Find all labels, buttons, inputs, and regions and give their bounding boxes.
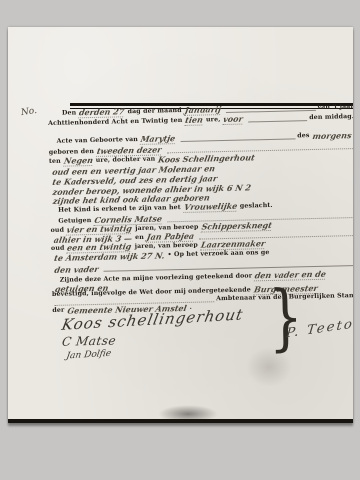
margin-number-label: No. xyxy=(20,106,37,118)
printed-text: geslacht. xyxy=(240,202,273,211)
printed-text: der xyxy=(52,307,64,315)
handwritten-before-after: voor xyxy=(223,115,244,125)
handwritten-child-name: Marytje xyxy=(140,134,176,145)
printed-text: ten xyxy=(49,158,61,166)
page-edge-smudge xyxy=(158,405,218,423)
printed-text: den middag. xyxy=(309,113,353,122)
printed-text: Den xyxy=(48,109,77,118)
printed-request-text: • Op het verzoek aan ons ge xyxy=(168,249,270,259)
blank-line xyxy=(181,138,296,142)
printed-text: des xyxy=(297,132,309,140)
handwritten-hour: tien xyxy=(184,115,203,125)
blank-line xyxy=(248,120,307,122)
printed-text: en xyxy=(135,234,144,242)
printed-year: Achttienhonderd Acht en Twintig ten xyxy=(48,117,182,128)
signature-witness-2: Jan Dolfie xyxy=(66,349,112,362)
handwritten-requested-by: den vader xyxy=(54,265,100,275)
printed-text: van 't jaar xyxy=(317,103,353,112)
birth-certificate-page: No. Den derden 27 dag der maand Januarij… xyxy=(8,27,353,423)
handwritten-time-of-day: morgens xyxy=(312,131,353,141)
signature-witness-1: C Matse xyxy=(61,333,117,348)
handwritten-gender: Vrouwelijke xyxy=(183,202,238,213)
signature-brace: } xyxy=(267,277,303,356)
handwritten-witness-2-residence: te Amsterdam wijk 27 N. xyxy=(53,251,165,263)
scanned-photo: No. Den derden 27 dag der maand Januarij… xyxy=(0,0,360,480)
printed-text: dag der maand xyxy=(128,107,182,116)
printed-text: ure, xyxy=(206,116,221,124)
printed-text: ure, dochter van xyxy=(96,156,156,165)
